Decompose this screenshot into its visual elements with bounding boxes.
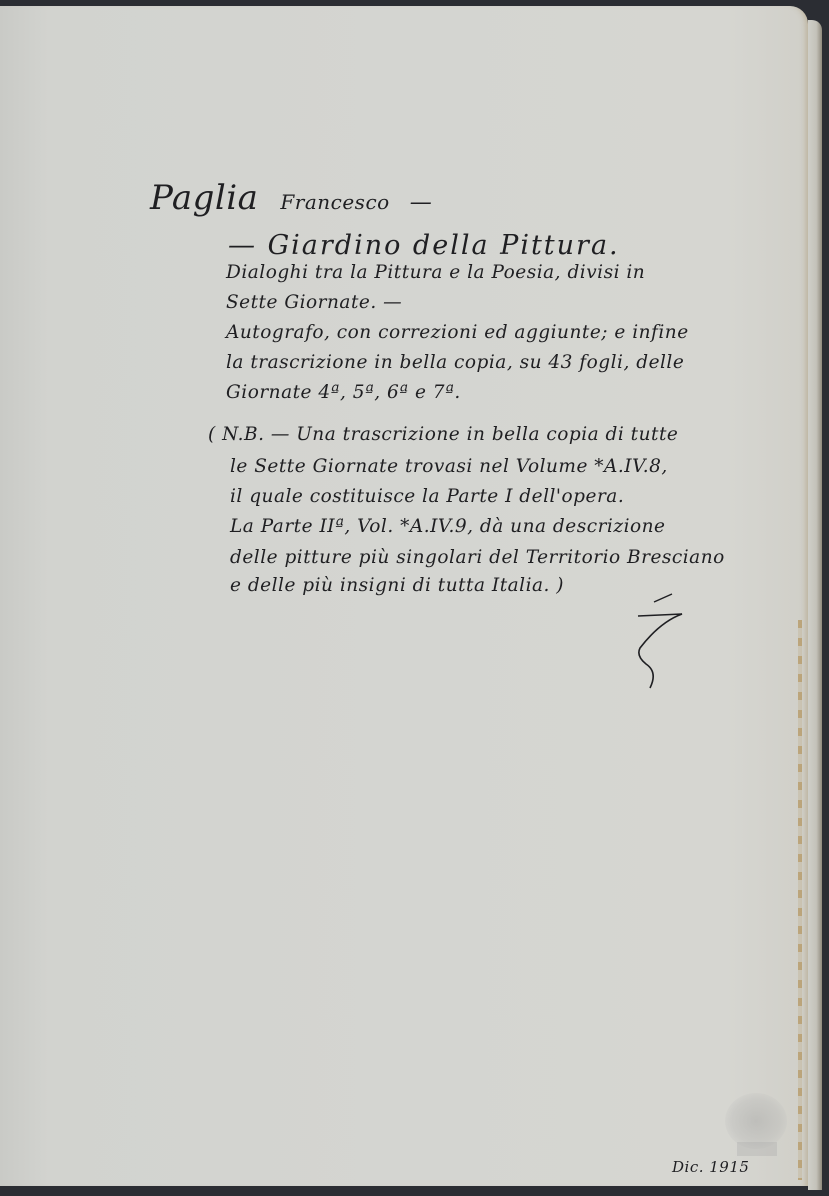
edge-stain [798,620,802,1180]
note-line: ( N.B. — Una trascrizione in bella copia… [208,424,678,445]
footer-date: Dic. 1915 [672,1158,749,1176]
description-line: Giornate 4ª, 5ª, 6ª e 7ª. [226,382,461,403]
description-line: Autografo, con correzioni ed aggiunte; e… [226,322,689,343]
library-seal-icon [725,1093,787,1149]
work-title: — Giardino della Pittura. [228,230,620,261]
page-edge [808,20,822,1190]
note-line: e delle più insigni di tutta Italia. ) [230,575,564,596]
description-line: la trascrizione in bella copia, su 43 fo… [226,352,684,373]
description-line: Dialoghi tra la Pittura e la Poesia, div… [226,262,645,283]
author-given-name: Francesco [280,190,389,214]
note-line: La Parte IIª, Vol. *A.IV.9, dà una descr… [230,516,666,537]
end-flourish-icon [630,590,700,690]
note-line: il quale costituisce la Parte I dell'ope… [230,486,624,507]
note-line: le Sette Giornate trovasi nel Volume *A.… [230,456,668,477]
author-surname: Paglia [150,178,258,218]
library-seal-base [737,1142,777,1156]
note-line: delle pitture più singolari del Territor… [230,547,725,568]
description-line: Sette Giornate. — [226,292,402,313]
author-dash: — [410,190,433,215]
author-heading: PagliaFrancesco— [150,178,432,218]
